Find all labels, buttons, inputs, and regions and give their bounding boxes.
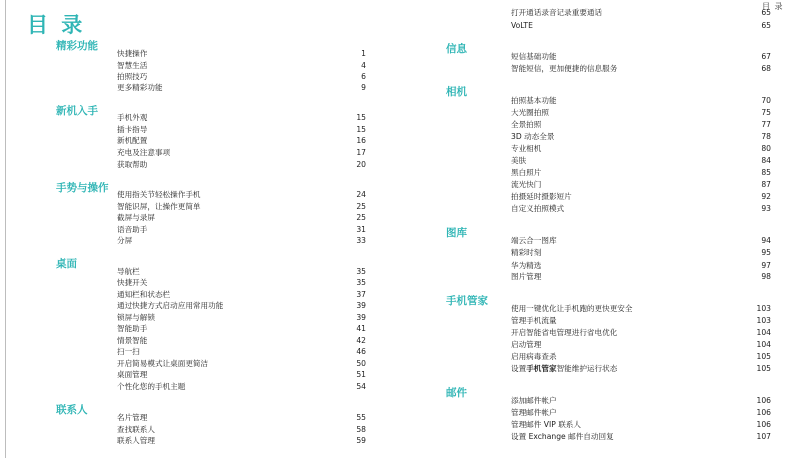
entry-label-bold: 手机管家 xyxy=(526,364,556,373)
entry-page-number: 94 xyxy=(761,235,771,247)
toc-entry[interactable]: 启用病毒查杀105 xyxy=(511,351,771,363)
entry-label: 启用病毒查杀 xyxy=(511,351,557,363)
entry-label: 启动管理 xyxy=(511,339,541,351)
toc-entry[interactable]: 管理邮件 VIP 联系人106 xyxy=(511,419,771,431)
toc-entry[interactable]: 新机配置16 xyxy=(117,135,366,147)
toc-entry[interactable]: 自定义拍照模式93 xyxy=(511,203,771,215)
toc-entry[interactable]: 管理邮件帐户106 xyxy=(511,407,771,419)
toc-entry[interactable]: 美肤84 xyxy=(511,155,771,167)
entry-label-suffix: 智能维护运行状态 xyxy=(557,364,618,373)
entry-page-number: 104 xyxy=(757,327,772,339)
entry-label: 获取帮助 xyxy=(117,159,147,171)
entry-page-number: 55 xyxy=(356,412,366,424)
toc-entry[interactable]: 拍摄延时摄影短片92 xyxy=(511,191,771,203)
toc-entry[interactable]: 图片管理98 xyxy=(511,271,771,283)
entry-page-number: 51 xyxy=(356,369,366,381)
entry-page-number: 68 xyxy=(761,63,771,75)
toc-entry[interactable]: 大光圈拍照75 xyxy=(511,107,771,119)
page-left-edge xyxy=(5,0,6,458)
section-heading[interactable]: 新机入手 xyxy=(56,103,98,118)
toc-entry[interactable]: 联系人管理59 xyxy=(117,435,366,447)
entry-label: 智能助手 xyxy=(117,323,147,335)
entry-label: 个性化您的手机主题 xyxy=(117,381,185,393)
entry-page-number: 107 xyxy=(757,431,772,443)
toc-entry[interactable]: 使用一键优化让手机跑的更快更安全103 xyxy=(511,303,771,315)
toc-title: 目 录 xyxy=(27,9,85,39)
entry-page-number: 35 xyxy=(356,277,366,289)
toc-entry[interactable]: 手机外观15 xyxy=(117,112,366,124)
toc-entry[interactable]: 开启智能省电管理进行省电优化104 xyxy=(511,327,771,339)
toc-entry[interactable]: 短信基础功能67 xyxy=(511,51,771,63)
entry-label: 拍摄延时摄影短片 xyxy=(511,191,572,203)
toc-entry[interactable]: 智能助手41 xyxy=(117,323,366,335)
toc-entry[interactable]: 充电及注意事项17 xyxy=(117,147,366,159)
entry-label: 名片管理 xyxy=(117,412,147,424)
entry-label: 截屏与录屏 xyxy=(117,212,155,224)
entry-page-number: 80 xyxy=(761,143,771,155)
section-heading[interactable]: 信息 xyxy=(446,41,467,56)
toc-entry[interactable]: 启动管理104 xyxy=(511,339,771,351)
entry-label: 专业相机 xyxy=(511,143,541,155)
entry-page-number: 87 xyxy=(761,179,771,191)
section-heading[interactable]: 联系人 xyxy=(56,402,88,417)
entry-label: 全景拍照 xyxy=(511,119,541,131)
entry-page-number: 103 xyxy=(757,315,772,327)
entry-label: 快捷开关 xyxy=(117,277,147,289)
toc-entry[interactable]: 打开通话录音记录重要通话65 xyxy=(511,7,771,19)
entry-label: 分屏 xyxy=(117,235,132,247)
entry-page-number: 105 xyxy=(757,363,772,375)
toc-entry[interactable]: 端云合一图库94 xyxy=(511,235,771,247)
running-head: 目 录 xyxy=(762,1,784,12)
entry-page-number: 20 xyxy=(356,159,366,171)
toc-entry[interactable]: 智能短信，更加便捷的信息服务68 xyxy=(511,63,771,75)
entry-label: 美肤 xyxy=(511,155,526,167)
entry-page-number: 75 xyxy=(761,107,771,119)
toc-entry[interactable]: 黑白照片85 xyxy=(511,167,771,179)
entry-label: 智能短信，更加便捷的信息服务 xyxy=(511,63,617,75)
toc-right-page: 打开通话录音记录重要通话65VoLTE65信息短信基础功能67智能短信，更加便捷… xyxy=(392,0,800,458)
entry-label: 扫一扫 xyxy=(117,346,140,358)
entry-label: 管理邮件 VIP 联系人 xyxy=(511,419,581,431)
entry-label: 3D 动态全景 xyxy=(511,131,554,143)
entry-page-number: 93 xyxy=(761,203,771,215)
entry-page-number: 95 xyxy=(761,247,771,259)
entry-page-number: 59 xyxy=(356,435,366,447)
toc-entry[interactable]: 使用指关节轻松操作手机24 xyxy=(117,189,366,201)
entry-label: 新机配置 xyxy=(117,135,147,147)
entry-label: 使用指关节轻松操作手机 xyxy=(117,189,201,201)
entry-label: 快捷操作 xyxy=(117,48,147,60)
entry-label: 打开通话录音记录重要通话 xyxy=(511,7,602,19)
entry-label: 联系人管理 xyxy=(117,435,155,447)
entry-label: 管理手机流量 xyxy=(511,315,557,327)
entry-page-number: 84 xyxy=(761,155,771,167)
entry-page-number: 15 xyxy=(356,112,366,124)
entry-label: 流光快门 xyxy=(511,179,541,191)
section-heading[interactable]: 手势与操作 xyxy=(56,180,109,195)
entry-page-number: 33 xyxy=(356,235,366,247)
entry-label: 设置 Exchange 邮件自动回复 xyxy=(511,431,614,443)
toc-entry[interactable]: 名片管理55 xyxy=(117,412,366,424)
entry-label: 手机外观 xyxy=(117,112,147,124)
entry-label: 短信基础功能 xyxy=(511,51,557,63)
toc-entry[interactable]: 添加邮件帐户106 xyxy=(511,395,771,407)
entry-page-number: 1 xyxy=(361,48,366,60)
entry-label-prefix: 设置 xyxy=(511,364,526,373)
section-heading[interactable]: 邮件 xyxy=(446,385,467,400)
entry-label: 开启智能省电管理进行省电优化 xyxy=(511,327,617,339)
section-heading[interactable]: 精彩功能 xyxy=(56,38,98,53)
entry-label: 端云合一图库 xyxy=(511,235,557,247)
entry-label: 通过快捷方式启动应用常用功能 xyxy=(117,300,223,312)
entry-label: 图片管理 xyxy=(511,271,541,283)
entry-label: 更多精彩功能 xyxy=(117,82,163,94)
entry-page-number: 24 xyxy=(356,189,366,201)
entry-label: 管理邮件帐户 xyxy=(511,407,557,419)
entry-page-number: 17 xyxy=(356,147,366,159)
toc-entry[interactable]: 精彩时刻95 xyxy=(511,247,771,259)
entry-label: 自定义拍照模式 xyxy=(511,203,564,215)
entry-page-number: 9 xyxy=(361,82,366,94)
toc-entry[interactable]: 扫一扫46 xyxy=(117,346,366,358)
toc-entry[interactable]: 全景拍照77 xyxy=(511,119,771,131)
toc-entry[interactable]: VoLTE65 xyxy=(511,20,771,32)
entry-label: 大光圈拍照 xyxy=(511,107,549,119)
entry-label: 添加邮件帐户 xyxy=(511,395,557,407)
entry-page-number: 39 xyxy=(356,300,366,312)
toc-entry[interactable]: 通过快捷方式启动应用常用功能39 xyxy=(117,300,366,312)
entry-label: 充电及注意事项 xyxy=(117,147,170,159)
entry-page-number: 54 xyxy=(356,381,366,393)
toc-entry[interactable]: 个性化您的手机主题54 xyxy=(117,381,366,393)
entry-page-number: 70 xyxy=(761,95,771,107)
entry-page-number: 78 xyxy=(761,131,771,143)
entry-page-number: 105 xyxy=(757,351,772,363)
entry-page-number: 77 xyxy=(761,119,771,131)
toc-entry[interactable]: 流光快门87 xyxy=(511,179,771,191)
entry-label: 设置手机管家智能维护运行状态 xyxy=(511,363,617,375)
entry-page-number: 67 xyxy=(761,51,771,63)
toc-entry[interactable]: 3D 动态全景78 xyxy=(511,131,771,143)
entry-page-number: 106 xyxy=(757,419,772,431)
toc-entry[interactable]: 获取帮助20 xyxy=(117,159,366,171)
entry-page-number: 106 xyxy=(757,395,772,407)
entry-page-number: 106 xyxy=(757,407,772,419)
entry-page-number: 92 xyxy=(761,191,771,203)
toc-entry[interactable]: 设置 Exchange 邮件自动回复107 xyxy=(511,431,771,443)
toc-entry[interactable]: 快捷开关35 xyxy=(117,277,366,289)
entry-label: 使用一键优化让手机跑的更快更安全 xyxy=(511,303,633,315)
entry-label: VoLTE xyxy=(511,20,533,32)
toc-entry[interactable]: 专业相机80 xyxy=(511,143,771,155)
toc-entry[interactable]: 拍照基本功能70 xyxy=(511,95,771,107)
entry-page-number: 98 xyxy=(761,271,771,283)
entry-page-number: 65 xyxy=(761,20,771,32)
toc-entry[interactable]: 管理手机流量103 xyxy=(511,315,771,327)
toc-entry[interactable]: 分屏33 xyxy=(117,235,366,247)
toc-entry[interactable]: 设置手机管家智能维护运行状态105 xyxy=(511,363,771,375)
toc-entry[interactable]: 快捷操作1 xyxy=(117,48,366,60)
entry-label: 拍照基本功能 xyxy=(511,95,557,107)
entry-page-number: 25 xyxy=(356,212,366,224)
toc-entry[interactable]: 更多精彩功能9 xyxy=(117,82,366,94)
entry-page-number: 46 xyxy=(356,346,366,358)
entry-page-number: 104 xyxy=(757,339,772,351)
toc-entry[interactable]: 截屏与录屏25 xyxy=(117,212,366,224)
section-heading[interactable]: 桌面 xyxy=(56,256,77,271)
entry-label: 黑白照片 xyxy=(511,167,541,179)
section-heading[interactable]: 手机管家 xyxy=(446,293,488,308)
entry-label: 精彩时刻 xyxy=(511,247,541,259)
entry-page-number: 85 xyxy=(761,167,771,179)
entry-page-number: 103 xyxy=(757,303,772,315)
toc-left-page: 目 录 精彩功能快捷操作1智慧生活4拍照技巧6更多精彩功能9新机入手手机外观15… xyxy=(0,0,392,458)
entry-page-number: 16 xyxy=(356,135,366,147)
toc-entry[interactable]: 桌面管理51 xyxy=(117,369,366,381)
entry-page-number: 41 xyxy=(356,323,366,335)
section-heading[interactable]: 相机 xyxy=(446,84,467,99)
section-heading[interactable]: 图库 xyxy=(446,225,467,240)
entry-label: 桌面管理 xyxy=(117,369,147,381)
